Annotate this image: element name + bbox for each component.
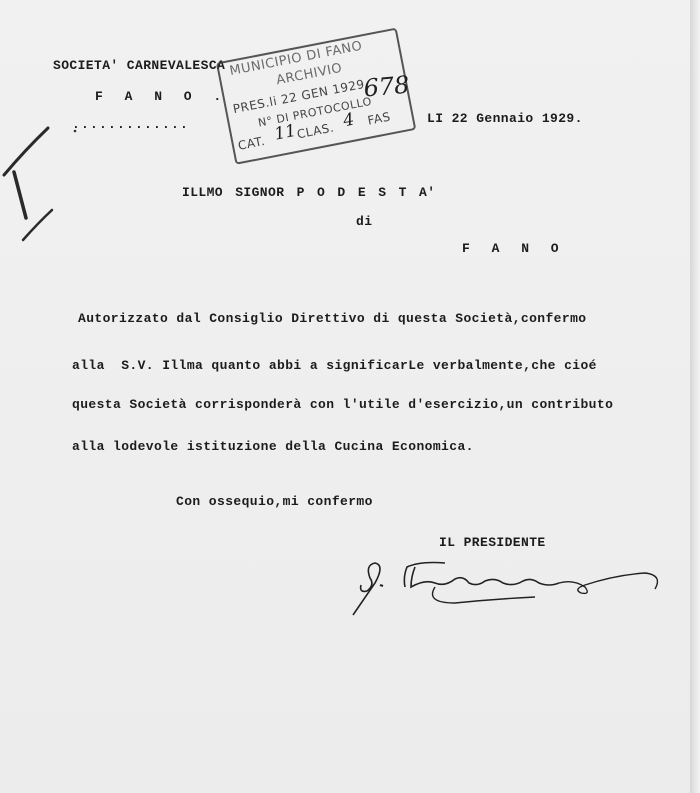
page-edge-shadow <box>690 0 700 793</box>
closing-line: Con ossequio,mi confermo <box>176 494 373 510</box>
date-line: LI 22 Gennaio 1929. <box>427 111 583 127</box>
signatory-title: IL PRESIDENTE <box>439 535 546 551</box>
sender-name: SOCIETA' CARNEVALESCA <box>53 58 225 74</box>
body-line-2: alla S.V. Illma quanto abbi a significar… <box>72 358 597 374</box>
signature-icon <box>345 553 675 623</box>
sender-dotted-line: ............. <box>72 117 189 133</box>
margin-mark-icon <box>0 115 60 245</box>
recipient-di: di <box>356 214 372 230</box>
stamp-cat-value: 11 <box>273 121 298 145</box>
sender-city: F A N O . <box>95 89 228 105</box>
body-line-3: questa Società corrisponderà con l'utile… <box>72 397 613 413</box>
body-line-1: Autorizzato dal Consiglio Direttivo di q… <box>78 311 586 327</box>
recipient-city: F A N O <box>462 241 566 257</box>
body-line-4: alla lodevole istituzione della Cucina E… <box>72 439 474 455</box>
stamp-protocol-number: 678 <box>362 71 410 103</box>
recipient-title: ILLMO SIGNOR P O D E S T A' <box>182 185 435 201</box>
